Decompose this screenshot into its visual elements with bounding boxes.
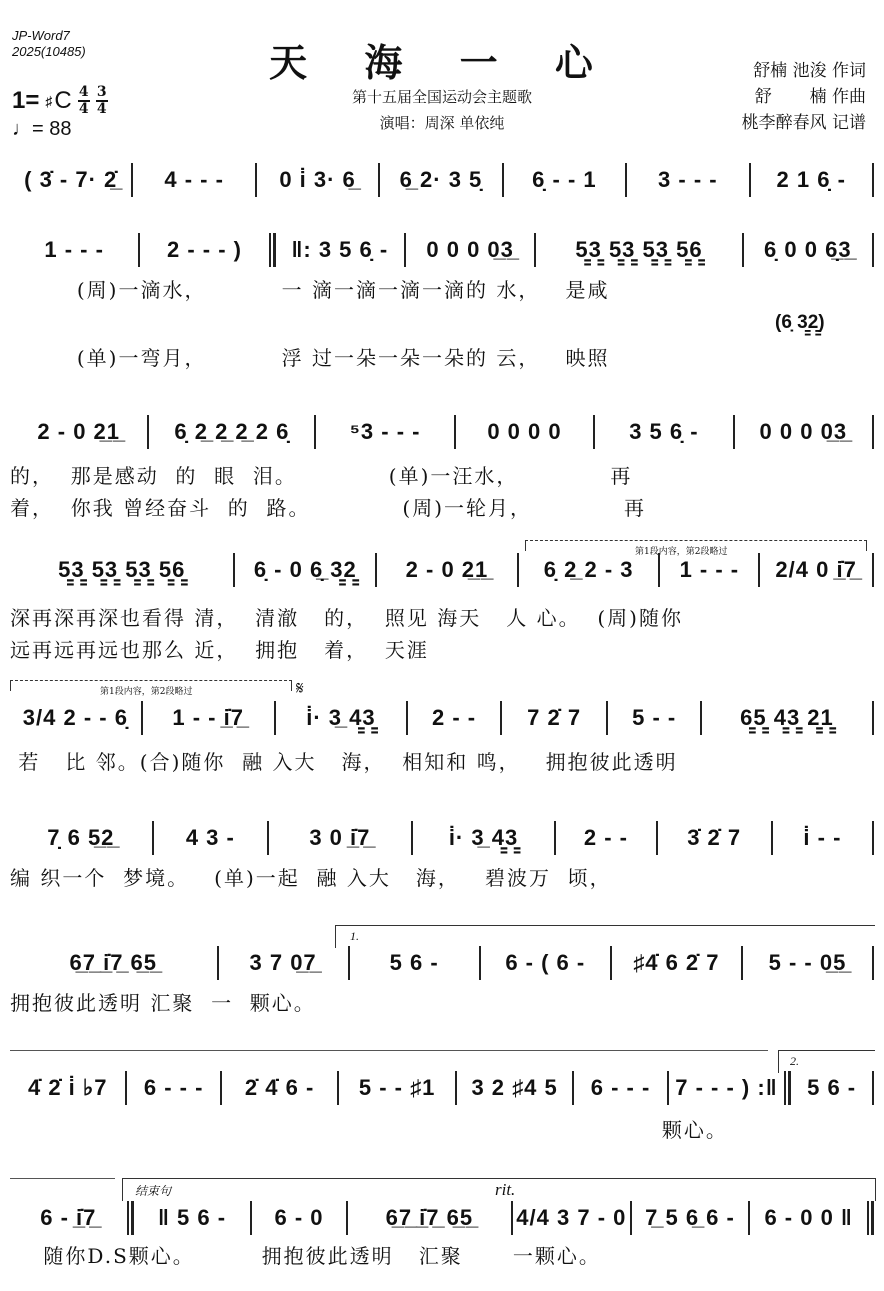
measure: 3 - - - [627, 160, 748, 200]
measure: 5 - - 0̲5̲ [743, 943, 872, 983]
measure: i̇· 3̲ 4̳3̳ [276, 698, 407, 738]
tempo-marking: ♩= 88 [12, 118, 71, 141]
measure: 5 6 - [791, 1068, 872, 1108]
final-barline [867, 1201, 874, 1235]
measure: 6 - - - [574, 1068, 666, 1108]
measure: 6 - i̲̇7̲ [10, 1198, 127, 1238]
measure: ‖ 5 6 - [134, 1198, 251, 1238]
measure: 2 - - [556, 818, 655, 858]
lyric-verse-1: 的， 那是感动 的 眼 泪。 (单)一汪水， 再 [10, 460, 874, 489]
measure: ‖: 3 5 6̣ - [276, 230, 404, 270]
time-signature-3-4: 34 [96, 86, 108, 116]
measure: ♯4̇ 6 2̇ 7 [612, 943, 741, 983]
measure: i̇ - - [773, 818, 872, 858]
measure: 4̇ 2̇ i̇ ♭7 [10, 1068, 125, 1108]
measure: 5̳3̳ 5̳3̳ 5̳3̳ 5̳6̳ [536, 230, 741, 270]
measure: 4/4 3 7 - 0 [513, 1198, 630, 1238]
measure: 6 - 0 0 ‖ [750, 1198, 867, 1238]
volta-continuation [10, 1050, 768, 1051]
measure: 5 - - [608, 698, 700, 738]
repeat-end-barline [784, 1071, 791, 1105]
notes-line: 4̇ 2̇ i̇ ♭7 6 - - - 2̇ 4̇ 6 - 5 - - ♯1 3… [10, 1068, 874, 1108]
measure: 3̇ 2̇ 7 [658, 818, 771, 858]
lyric-line: 拥抱彼此透明 汇聚 一 颗心。 [10, 987, 874, 1016]
notes-line: 2 - 0 2̲1̲ 6̣ 2̲ 2̲ 2̲ 2 6̣ ⁵3 - - - 0 0… [10, 412, 874, 452]
lyricist-credit: 舒楠 池浚 作词 [742, 58, 866, 84]
notes-line: 6 - i̲̇7̲ ‖ 5 6 - 6 - 0 6̲7̲ i̲̇7̲ 6̲5̲ … [10, 1198, 874, 1238]
measure: 2 - - - ) [140, 230, 268, 270]
measure: 3 2 ♯4 5 [457, 1068, 572, 1108]
lyric-verse-1: (周)一滴水， 一 滴一滴一滴一滴的 水， 是咸 [10, 274, 874, 303]
notes-line: 6̲7̲ i̲̇7̲ 6̲5̲ 3 7 0̲7̲ 5 6 - 6 - ( 6 -… [10, 943, 874, 983]
measure: ⁵3 - - - [316, 412, 453, 452]
measure: 6̣ 2̲ 2̲ 2̲ 2 6̣ [149, 412, 314, 452]
double-barline [127, 1201, 134, 1235]
repeat-start-barline [269, 233, 276, 267]
sharp-icon: ♯ [45, 93, 52, 109]
measure: 6̳5̳ 4̳3̳ 2̳1̳ [702, 698, 872, 738]
measure: 6̣ 0 0 6̲̣3̲ [744, 230, 872, 270]
measure: 6̲7̲ i̲̇7̲ 6̲5̲ [10, 943, 217, 983]
measure: 6̣ 2̲ 2 - 3 [519, 550, 659, 590]
measure: 3 7 0̲7̲ [219, 943, 348, 983]
notes-line: 7̣ 6 5̲2̲ 4 3 - 3 0 i̲̇7̲ i̇· 3̲ 4̳3̳ 2 … [10, 818, 874, 858]
volta-continuation [10, 1178, 115, 1179]
measure: 0 0 0 0̲3̲ [406, 230, 534, 270]
measure: 6̲ 2· 3 5̣ [380, 160, 501, 200]
measure: 5 6 - [350, 943, 479, 983]
measure: 5 - - ♯1 [339, 1068, 454, 1108]
lyric-verse-2: 着， 你我 曾经奋斗 的 路。 (周)一轮月， 再 [10, 492, 874, 521]
measure: 3 5 6̣ - [595, 412, 732, 452]
lyric-verse-2: (单)一弯月， 浮 过一朵一朵一朵的 云， 映照 [10, 342, 874, 371]
lyric-line: 随你D.S颗心。 拥抱彼此透明 汇聚 一颗心。 [10, 1240, 874, 1269]
measure: 2 - 0 2̲1̲ [10, 412, 147, 452]
notes-line: 5̳3̳ 5̳3̳ 5̳3̳ 5̳6̳ 6̣ - 0 6̲̣ 3̳2̳ 2 - … [10, 550, 874, 590]
measure: 2 - - [408, 698, 500, 738]
lyric-verse-1: 深再深再深也看得 清， 清澈 的， 照见 海天 人 心。 (周)随你 [10, 602, 874, 631]
measure: 6 - 0 [252, 1198, 345, 1238]
key-signature: 1= ♯ C 44 34 [12, 86, 108, 116]
measure: 6̣ - 0 6̲̣ 3̳2̳ [235, 550, 375, 590]
measure: ( 3̇ - 7· 2̲̇ [10, 160, 131, 200]
credits: 舒楠 池浚 作词 舒 楠 作曲 桃李醉春风 记谱 [742, 58, 866, 136]
lyric-verse-2: 远再远再远也那么 近， 拥抱 着， 天涯 [10, 634, 874, 663]
volta-label: 2. [790, 1054, 799, 1069]
measure: 7̣ 6 5̲2̲ [10, 818, 152, 858]
measure: 1 - - - [10, 230, 138, 270]
ritardando-mark: rit. [495, 1180, 515, 1200]
measure: 7 2̇ 7 [502, 698, 607, 738]
key-prefix: 1= [12, 87, 39, 115]
time-signature-4-4: 44 [78, 86, 90, 116]
measure: 1 - - - [660, 550, 758, 590]
measure: 3/4 2 - - 6̣ [10, 698, 141, 738]
measure: 6 - - - [127, 1068, 219, 1108]
measure: 0 0 0 0 [456, 412, 593, 452]
ts-denominator: 4 [79, 103, 89, 116]
transcriber-credit: 桃李醉春风 记谱 [742, 110, 866, 136]
lyric-line: 若 比 邻。(合)随你 融 入大 海， 相知和 鸣， 拥抱彼此透明 [10, 746, 874, 775]
measure: 2 - 0 2̲1̲ [377, 550, 517, 590]
measure: 5̳3̳ 5̳3̳ 5̳3̳ 5̳6̳ [10, 550, 233, 590]
measure: 1 - - i̲̇7̲ [143, 698, 274, 738]
section-note: 第1段内容，第2段略过 [100, 684, 192, 697]
measure: 6̲7̲ i̲̇7̲ 6̲5̲ [348, 1198, 511, 1238]
measure: 4 - - - [133, 160, 254, 200]
ending-label: 结束句 [135, 1182, 171, 1199]
measure: 0 0 0 0̲3̲ [735, 412, 872, 452]
measure: 2 1 6̣ - [751, 160, 872, 200]
measure: 4 3 - [154, 818, 267, 858]
composer-credit: 舒 楠 作曲 [742, 84, 866, 110]
measure: 0 i̇ 3· 6̲ [257, 160, 378, 200]
notes-line: ( 3̇ - 7· 2̲̇ 4 - - - 0 i̇ 3· 6̲ 6̲ 2· 3… [10, 160, 874, 200]
ts-numerator: 3 [97, 86, 107, 99]
ts-denominator: 4 [97, 103, 107, 116]
notes-line: 1 - - - 2 - - - ) ‖: 3 5 6̣ - 0 0 0 0̲3̲… [10, 230, 874, 270]
notes-line: 3/4 2 - - 6̣ 1 - - i̲̇7̲ i̇· 3̲ 4̳3̳ 2 -… [10, 698, 874, 738]
measure: 7̲ 5 6̲ 6 - [632, 1198, 749, 1238]
measure: 7 - - - ) :‖ [669, 1068, 784, 1108]
measure: 6̣ - - 1 [504, 160, 625, 200]
measure: 2̇ 4̇ 6 - [222, 1068, 337, 1108]
measure: 3 0 i̲̇7̲ [269, 818, 411, 858]
segno-icon: 𝄋 [296, 678, 304, 699]
measure: 6 - ( 6 - [481, 943, 610, 983]
alternate-notes: (6̣ 3̳2̳) [775, 312, 825, 334]
measure: 2/4 0 i̲̇7̲ [760, 550, 872, 590]
key-note: C [54, 87, 71, 115]
volta-label: 1. [350, 929, 359, 944]
lyric-line: 编 织一个 梦境。 (单)一起 融 入大 海， 碧波万 顷， [10, 862, 874, 891]
ts-numerator: 4 [79, 86, 89, 99]
lyric-line: 颗心。 [10, 1114, 874, 1143]
measure: i̇· 3̲ 4̳3̳ [413, 818, 555, 858]
